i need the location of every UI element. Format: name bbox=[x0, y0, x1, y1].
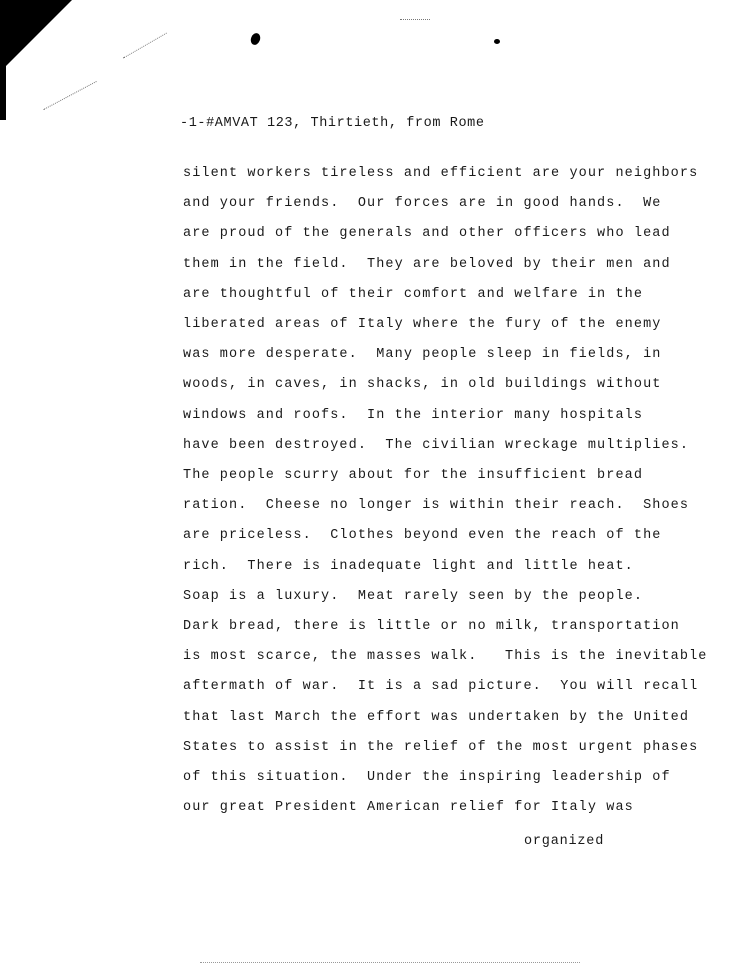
text-line: The people scurry about for the insuffic… bbox=[183, 468, 643, 483]
scan-speckle bbox=[43, 81, 96, 110]
text-line: was more desperate. Many people sleep in… bbox=[183, 347, 661, 362]
page-header: -1-#AMVAT 123, Thirtieth, from Rome bbox=[180, 116, 485, 131]
text-line: them in the field. They are beloved by t… bbox=[183, 257, 671, 272]
text-line: liberated areas of Italy where the fury … bbox=[183, 317, 661, 332]
text-line: woods, in caves, in shacks, in old build… bbox=[183, 377, 661, 392]
text-line: is most scarce, the masses walk. This is… bbox=[183, 649, 707, 664]
text-line: Soap is a luxury. Meat rarely seen by th… bbox=[183, 589, 643, 604]
ink-blot bbox=[494, 39, 500, 44]
text-line: States to assist in the relief of the mo… bbox=[183, 740, 698, 755]
scan-speckle bbox=[400, 19, 430, 20]
text-line: Dark bread, there is little or no milk, … bbox=[183, 619, 680, 634]
text-line: aftermath of war. It is a sad picture. Y… bbox=[183, 679, 698, 694]
text-line: that last March the effort was undertake… bbox=[183, 710, 689, 725]
text-line: are thoughtful of their comfort and welf… bbox=[183, 287, 643, 302]
text-line: silent workers tireless and efficient ar… bbox=[183, 166, 698, 181]
ink-blot bbox=[249, 32, 262, 46]
text-line: rich. There is inadequate light and litt… bbox=[183, 559, 634, 574]
text-line: are priceless. Clothes beyond even the r… bbox=[183, 528, 661, 543]
scan-bottom-speckle bbox=[200, 962, 580, 963]
scan-speckle bbox=[123, 33, 167, 59]
text-line: our great President American relief for … bbox=[183, 800, 634, 815]
text-line: ration. Cheese no longer is within their… bbox=[183, 498, 689, 513]
continuation-word: organized bbox=[524, 834, 604, 849]
text-line: and your friends. Our forces are in good… bbox=[183, 196, 661, 211]
text-line: windows and roofs. In the interior many … bbox=[183, 408, 643, 423]
text-line: of this situation. Under the inspiring l… bbox=[183, 770, 671, 785]
scan-edge-shadow bbox=[0, 60, 6, 120]
scan-corner-shadow bbox=[0, 0, 72, 72]
text-line: have been destroyed. The civilian wrecka… bbox=[183, 438, 689, 453]
text-line: are proud of the generals and other offi… bbox=[183, 226, 671, 241]
